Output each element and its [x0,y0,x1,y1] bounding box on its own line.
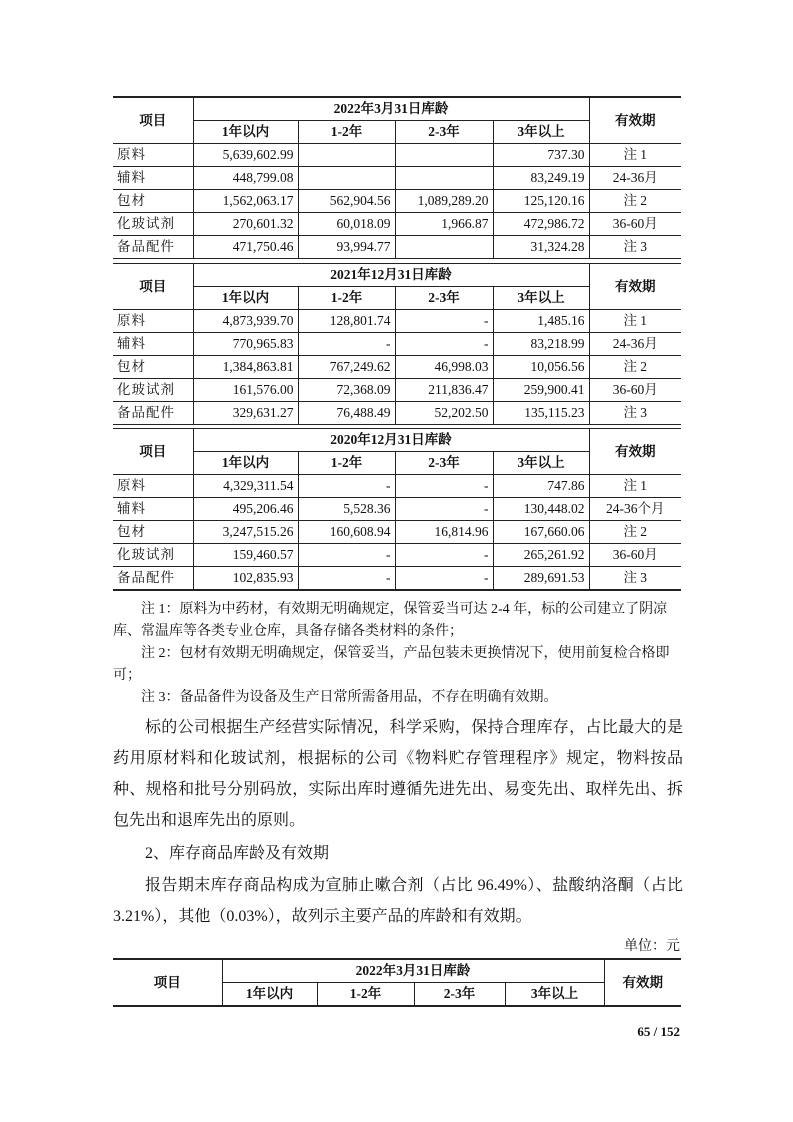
row-validity: 36-60月 [589,544,681,567]
table-row: 化玻试剂 159,460.57 - - 265,261.92 36-60月 [113,544,681,567]
row-validity: 24-36月 [589,333,681,356]
cell [395,144,493,167]
header-col: 1年以内 [193,452,298,475]
cell [395,236,493,259]
cell: 135,115.23 [493,402,589,425]
cell: 161,576.00 [193,379,298,402]
cell: 562,904.56 [298,190,395,213]
row-name: 备品配件 [113,402,193,425]
cell: 4,873,939.70 [193,310,298,333]
header-col: 2-3年 [395,121,493,144]
cell: 102,835.93 [193,567,298,591]
cell: 76,488.49 [298,402,395,425]
table-row: 包材 3,247,515.26 160,608.94 16,814.96 167… [113,521,681,544]
row-validity: 24-36月 [589,167,681,190]
header-period: 2020年12月31日库龄 [193,429,589,452]
row-name: 包材 [113,356,193,379]
table-row: 备品配件 471,750.46 93,994.77 31,324.28 注 3 [113,236,681,259]
table-row: 备品配件 329,631.27 76,488.49 52,202.50 135,… [113,402,681,425]
cell: 737.30 [493,144,589,167]
row-name: 原料 [113,310,193,333]
row-name: 化玻试剂 [113,213,193,236]
row-validity: 注 3 [589,567,681,591]
cell: 4,329,311.54 [193,475,298,498]
header-col: 1-2年 [298,452,395,475]
header-item: 项目 [113,429,193,475]
cell: 52,202.50 [395,402,493,425]
header-period: 2022年3月31日库龄 [193,97,589,121]
header-item: 项目 [113,959,222,1006]
cell: - [298,544,395,567]
header-col: 1-2年 [317,983,414,1007]
cell: 16,814.96 [395,521,493,544]
row-validity: 36-60月 [589,213,681,236]
cell: 471,750.46 [193,236,298,259]
cell: 93,994.77 [298,236,395,259]
cell: 83,249.19 [493,167,589,190]
cell: 1,384,863.81 [193,356,298,379]
cell: 448,799.08 [193,167,298,190]
row-validity: 注 2 [589,190,681,213]
header-col: 2-3年 [395,287,493,310]
header-validity: 有效期 [589,264,681,310]
header-col: 1年以内 [193,287,298,310]
header-validity: 有效期 [604,959,681,1006]
row-name: 包材 [113,521,193,544]
table-row: 原料 4,873,939.70 128,801.74 - 1,485.16 注 … [113,310,681,333]
cell: 130,448.02 [493,498,589,521]
cell: 472,986.72 [493,213,589,236]
row-name: 辅料 [113,333,193,356]
cell: 83,218.99 [493,333,589,356]
cell: 60,018.09 [298,213,395,236]
cell: 259,900.41 [493,379,589,402]
inventory-age-table-2022q1: 项目 2022年3月31日库龄 有效期 1年以内 1-2年 2-3年 3年以上 … [113,96,681,259]
row-validity: 注 1 [589,144,681,167]
cell: 31,324.28 [493,236,589,259]
row-validity: 36-60月 [589,379,681,402]
cell: - [395,544,493,567]
header-col: 2-3年 [414,983,505,1007]
table-row: 辅料 495,206.46 5,528.36 - 130,448.02 24-3… [113,498,681,521]
cell: - [298,333,395,356]
cell: - [395,310,493,333]
cell: 3,247,515.26 [193,521,298,544]
header-item: 项目 [113,264,193,310]
table-row: 包材 1,384,863.81 767,249.62 46,998.03 10,… [113,356,681,379]
row-validity: 注 1 [589,475,681,498]
row-name: 包材 [113,190,193,213]
cell [395,167,493,190]
row-name: 辅料 [113,498,193,521]
cell: - [395,475,493,498]
header-validity: 有效期 [589,429,681,475]
header-col: 1年以内 [222,983,317,1007]
cell: - [298,475,395,498]
cell: 10,056.56 [493,356,589,379]
body-paragraph-1: 标的公司根据生产经营实际情况，科学采购，保持合理库存，占比最大的是药用原材料和化… [113,712,683,836]
cell: 767,249.62 [298,356,395,379]
cell: 125,120.16 [493,190,589,213]
row-validity: 注 3 [589,402,681,425]
table-row: 辅料 770,965.83 - - 83,218.99 24-36月 [113,333,681,356]
header-item: 项目 [113,97,193,144]
cell: - [395,333,493,356]
cell: 265,261.92 [493,544,589,567]
cell: 1,485.16 [493,310,589,333]
cell: 1,966.87 [395,213,493,236]
header-period: 2022年3月31日库龄 [222,959,604,983]
row-name: 原料 [113,475,193,498]
table-row: 辅料 448,799.08 83,249.19 24-36月 [113,167,681,190]
header-col: 3年以上 [493,452,589,475]
cell: - [395,567,493,591]
cell: 160,608.94 [298,521,395,544]
inventory-age-table-2020: 项目 2020年12月31日库龄 有效期 1年以内 1-2年 2-3年 3年以上… [113,428,681,591]
cell: 128,801.74 [298,310,395,333]
cell: 5,528.36 [298,498,395,521]
row-name: 备品配件 [113,567,193,591]
header-col: 3年以上 [493,287,589,310]
row-validity: 注 1 [589,310,681,333]
row-name: 备品配件 [113,236,193,259]
inventory-age-table-2021: 项目 2021年12月31日库龄 有效期 1年以内 1-2年 2-3年 3年以上… [113,263,681,425]
header-validity: 有效期 [589,97,681,144]
cell: 5,639,602.99 [193,144,298,167]
row-validity: 注 2 [589,356,681,379]
cell: 747.86 [493,475,589,498]
unit-label: 单位：元 [624,935,680,955]
cell [298,144,395,167]
body-paragraph-2: 报告期末库存商品构成为宣肺止嗽合剂（占比 96.49%）、盐酸纳洛酮（占比 3.… [113,870,683,932]
section-heading: 2、库存商品库龄及有效期 [113,838,683,869]
row-name: 化玻试剂 [113,379,193,402]
table-row: 原料 5,639,602.99 737.30 注 1 [113,144,681,167]
row-name: 辅料 [113,167,193,190]
table-row: 化玻试剂 161,576.00 72,368.09 211,836.47 259… [113,379,681,402]
row-validity: 注 3 [589,236,681,259]
product-inventory-age-table: 项目 2022年3月31日库龄 有效期 1年以内 1-2年 2-3年 3年以上 [113,958,681,1007]
cell: - [395,498,493,521]
header-period: 2021年12月31日库龄 [193,264,589,287]
cell: 495,206.46 [193,498,298,521]
cell: 329,631.27 [193,402,298,425]
cell: 770,965.83 [193,333,298,356]
cell: 46,998.03 [395,356,493,379]
header-col: 3年以上 [505,983,604,1007]
cell: 289,691.53 [493,567,589,591]
note-3: 注 3：备品备件为设备及生产日常所需备用品，不存在明确有效期。 [113,687,683,709]
page-number: 65 / 152 [637,1024,680,1040]
cell: 159,460.57 [193,544,298,567]
cell: 1,089,289.20 [395,190,493,213]
header-col: 1-2年 [298,287,395,310]
row-validity: 24-36个月 [589,498,681,521]
note-1: 注 1：原料为中药材，有效期无明确规定，保管妥当可达 2-4 年，标的公司建立了… [113,599,683,643]
header-col: 3年以上 [493,121,589,144]
cell: 1,562,063.17 [193,190,298,213]
table-row: 备品配件 102,835.93 - - 289,691.53 注 3 [113,567,681,591]
cell: 270,601.32 [193,213,298,236]
note-2: 注 2：包材有效期无明确规定，保管妥当，产品包装未更换情况下，使用前复检合格即可… [113,643,683,687]
row-name: 化玻试剂 [113,544,193,567]
cell: - [298,567,395,591]
row-validity: 注 2 [589,521,681,544]
header-col: 2-3年 [395,452,493,475]
table-row: 原料 4,329,311.54 - - 747.86 注 1 [113,475,681,498]
row-name: 原料 [113,144,193,167]
header-col: 1-2年 [298,121,395,144]
table-row: 包材 1,562,063.17 562,904.56 1,089,289.20 … [113,190,681,213]
cell: 211,836.47 [395,379,493,402]
cell: 167,660.06 [493,521,589,544]
cell: 72,368.09 [298,379,395,402]
cell [298,167,395,190]
table-row: 化玻试剂 270,601.32 60,018.09 1,966.87 472,9… [113,213,681,236]
header-col: 1年以内 [193,121,298,144]
